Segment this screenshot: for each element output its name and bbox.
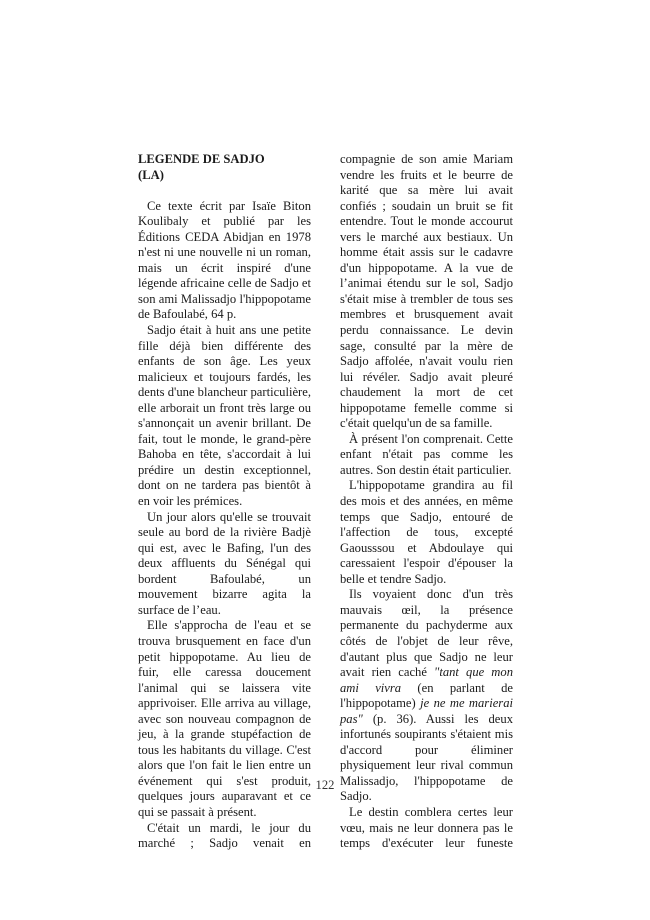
paragraph-fate: Le destin comblera certes leur vœu, mais…: [340, 805, 513, 852]
entry-title-main: LEGENDE DE SADJO: [138, 152, 311, 168]
paragraph-rivals: Ils voyaient donc d'un très mauvais œil,…: [340, 587, 513, 805]
page-number: 122: [0, 778, 650, 794]
document-page: LEGENDE DE SADJO (LA) Ce texte écrit par…: [0, 0, 650, 920]
paragraph-intro: Ce texte écrit par Isaïe Biton Koulibaly…: [138, 199, 311, 323]
entry-title: LEGENDE DE SADJO (LA): [138, 152, 311, 183]
right-column: compagnie de son amie Mariam vendre les …: [340, 152, 513, 852]
paragraph-river-encounter: Un jour alors qu'elle se trouvait seule …: [138, 510, 311, 619]
title-spacer: [138, 183, 311, 199]
left-column: LEGENDE DE SADJO (LA) Ce texte écrit par…: [138, 152, 311, 852]
entry-title-article: (LA): [138, 168, 311, 184]
paragraph-destiny: À présent l'on comprenait. Cette enfant …: [340, 432, 513, 479]
paragraph-hippo-grows: L'hippopotame grandira au fil des mois e…: [340, 478, 513, 587]
paragraph-sadjo-childhood: Sadjo était à huit ans une petite fille …: [138, 323, 311, 510]
paragraph-market-day: C'était un mardi, le jour du marché ; Sa…: [138, 821, 311, 852]
paragraph-market-continued: compagnie de son amie Mariam vendre les …: [340, 152, 513, 432]
